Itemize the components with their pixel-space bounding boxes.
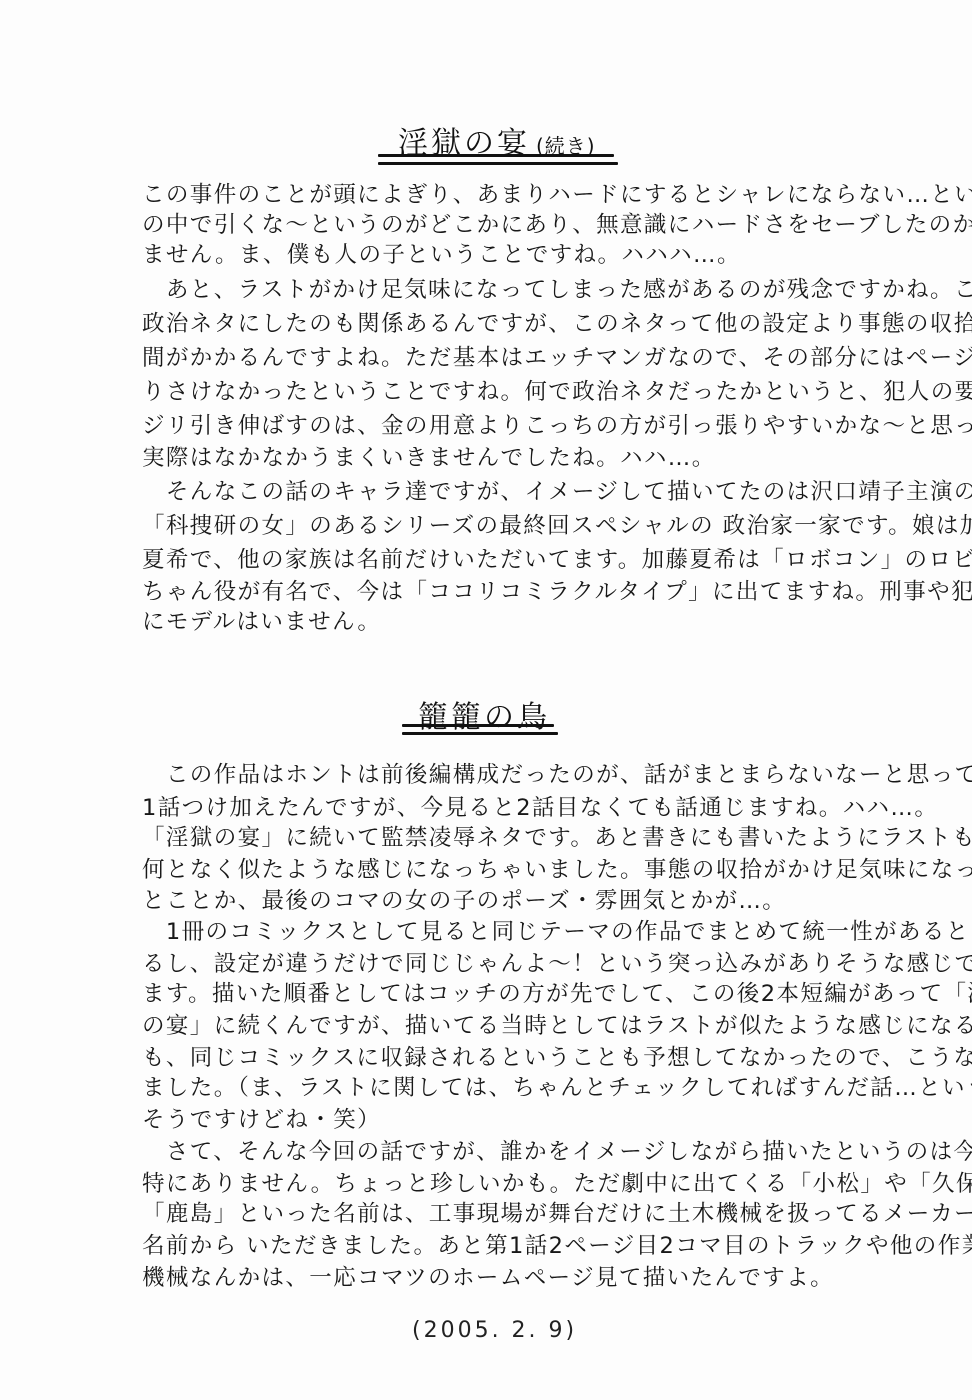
date-stamp: (2005. 2. 9) — [412, 1318, 577, 1343]
text-line: 1冊のコミックスとして見ると同じテーマの作品でまとめて統一性があるとも言え — [142, 917, 972, 947]
text-line: そんなこの話のキャラ達ですが、イメージして描いてたのは沢口靖子主演のドラマ、 — [142, 477, 972, 507]
text-line: 名前から いただきました。あと第1話2ページ目2コマ目のトラックや他の作業 — [142, 1231, 972, 1261]
text-line: も、同じコミックスに収録されるということも予想してなかったので、こうなっちゃい — [142, 1043, 972, 1073]
text-line: あと、ラストがかけ足気味になってしまった感があるのが残念ですかね。これは — [142, 275, 972, 305]
text-line: 「鹿島」といった名前は、工事現場が舞台だけに土木機械を扱ってるメーカーの — [142, 1199, 972, 1229]
text-line: 「淫獄の宴」に続いて監禁凌辱ネタです。あと書きにも書いたようにラストも — [142, 823, 972, 853]
title-underline-lower — [378, 162, 618, 165]
title-underline-upper — [402, 724, 554, 727]
text-line: 1話つけ加えたんですが、今見ると2話目なくても話通じますね。ハハ…。 — [142, 793, 938, 823]
text-line: ました。（ま、ラストに関しては、ちゃんとチェックしてればすんだ話…ということも言… — [142, 1073, 972, 1103]
text-line: 機械なんかは、一応コマツのホームページ見て描いたんですよ。 — [142, 1263, 834, 1293]
text-line: この作品はホントは前後編構成だったのが、話がまとまらないなーと思って — [142, 760, 972, 790]
text-line: ません。ま、僕も人の子ということですね。ハハハ…。 — [142, 240, 741, 270]
text-line: 夏希で、他の家族は名前だけいただいてます。加藤夏希は「ロボコン」のロビーナ — [142, 545, 972, 575]
text-line: 特にありません。ちょっと珍しいかも。ただ劇中に出てくる「小松」や「久保田」 — [142, 1169, 972, 1199]
text-line: 政治ネタにしたのも関係あるんですが、このネタって他の設定より事態の収拾に手 — [142, 309, 972, 339]
text-line: りさけなかったということですね。何で政治ネタだったかというと、犯人の要求をジリ — [142, 377, 972, 407]
text-line: 間がかかるんですよね。ただ基本はエッチマンガなので、その部分にはページをあま — [142, 343, 972, 373]
title-underline-lower — [402, 732, 558, 735]
text-line: ます。描いた順番としてはコッチの方が先でして、この後2本短編があって「淫獄 — [142, 979, 972, 1009]
afterword-page: 淫獄の宴(続き) この事件のことが頭によぎり、あまりハードにするとシャレにならな… — [0, 0, 972, 1400]
text-line: さて、そんな今回の話ですが、誰かをイメージしながら描いたというのは今回は — [142, 1137, 972, 1167]
text-line: るし、設定が違うだけで同じじゃんよ〜！という突っ込みがありそうな感じでもあり — [142, 949, 972, 979]
text-line: の中で引くな〜というのがどこかにあり、無意識にハードさをセーブしたのかも知れ — [142, 210, 972, 240]
text-line: にモデルはいません。 — [142, 607, 381, 637]
text-line: 「科捜研の女」のあるシリーズの最終回スペシャルの 政治家一家です。娘は加藤 — [142, 511, 972, 541]
text-line: この事件のことが頭によぎり、あまりハードにするとシャレにならない…というか、自分 — [142, 180, 972, 210]
text-line: そうですけどね・笑） — [142, 1105, 381, 1135]
text-line: 実際はなかなかうまくいきませんでしたね。ハハ…。 — [142, 443, 716, 473]
section-title-text: 籠籠の鳥 — [418, 700, 550, 735]
text-line: ちゃん役が有名で、今は「ココリコミラクルタイプ」に出てますね。刑事や犯人達は特 — [142, 577, 972, 607]
title-underline-upper — [378, 154, 614, 157]
text-line: の宴」に続くんですが、描いてる当時としてはラストが似たような感じになること — [142, 1011, 972, 1041]
text-line: とことか、最後のコマの女の子のポーズ・雰囲気とかが…。 — [142, 886, 786, 916]
section-title-kago-no-tori: 籠籠の鳥 — [418, 692, 550, 736]
text-line: 何となく似たような感じになっちゃいました。事態の収拾がかけ足気味になってる — [142, 855, 972, 885]
text-line: ジリ引き伸ばすのは、金の用意よりこっちの方が引っ張りやすいかな〜と思ったんですが — [142, 411, 972, 441]
